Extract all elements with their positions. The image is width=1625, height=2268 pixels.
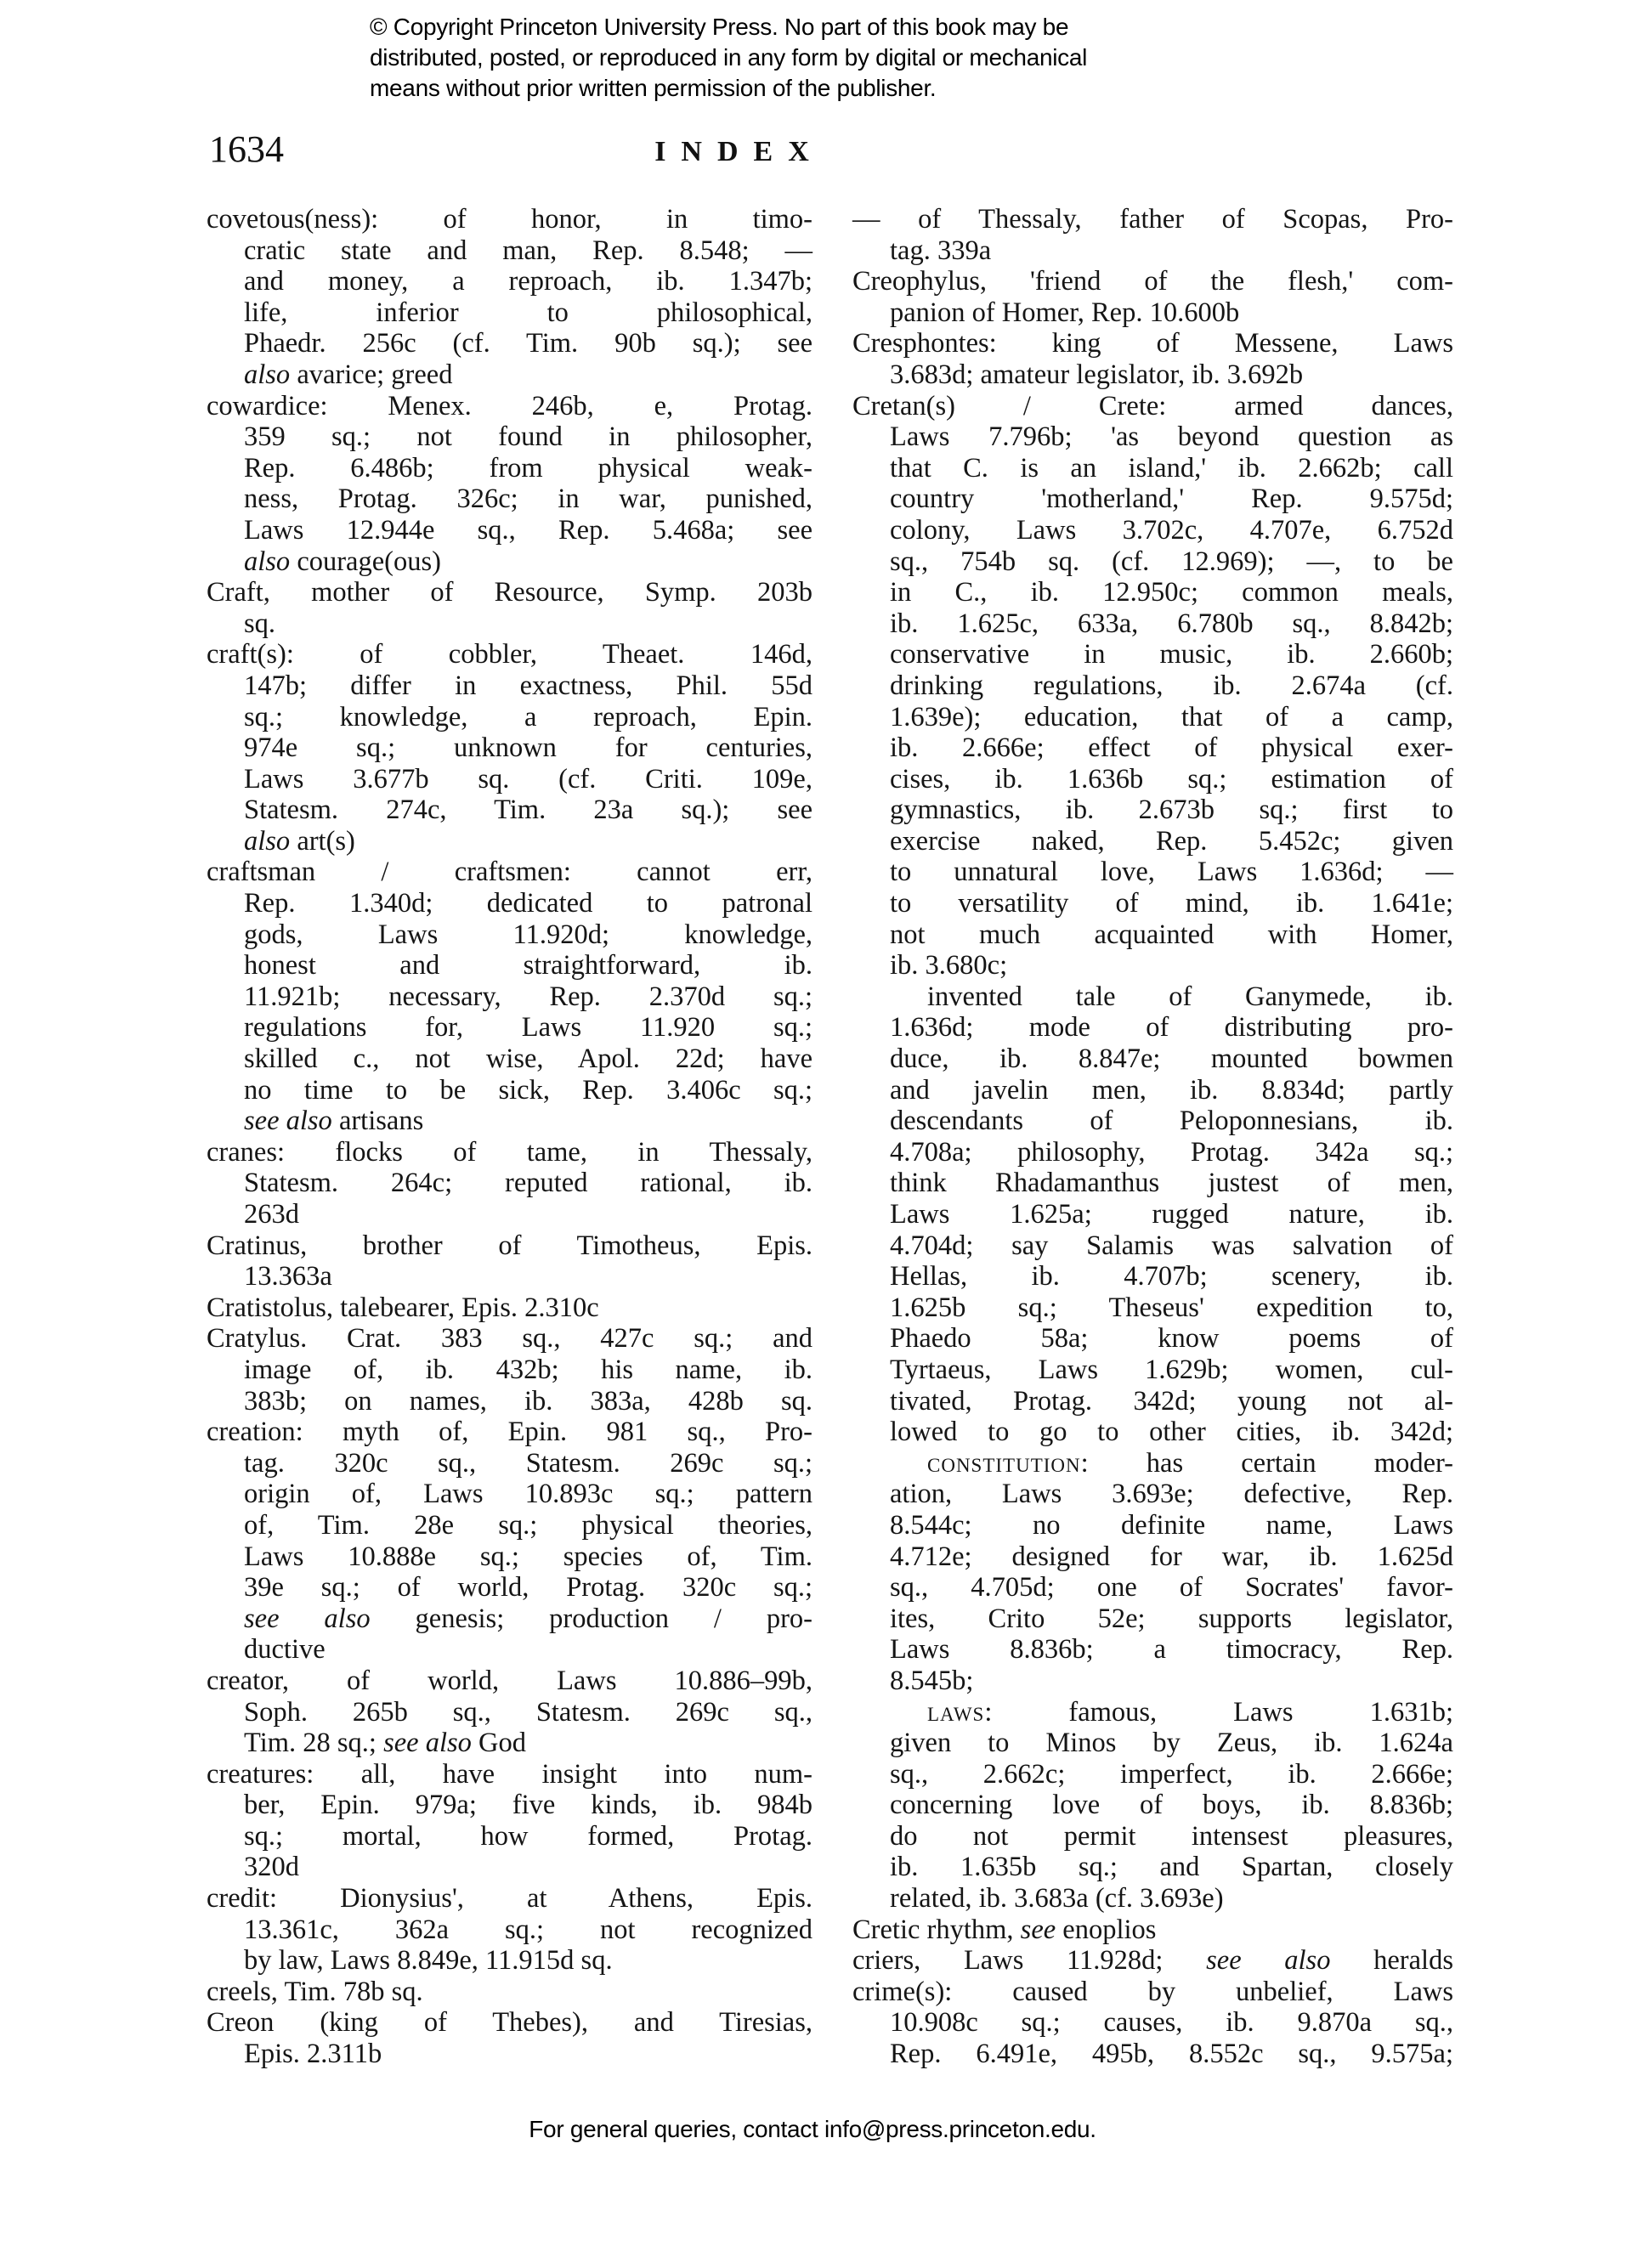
index-entry-line: panion of Homer, Rep. 10.600b	[852, 297, 1453, 329]
index-entry-line: 11.921b; necessary, Rep. 2.370d sq.;	[207, 981, 812, 1013]
index-entry-line: Laws 1.625a; rugged nature, ib.	[852, 1199, 1453, 1230]
index-entry-heading-line: creatures: all, have insight into num-	[207, 1759, 812, 1790]
index-entry-line: ib. 2.666e; effect of physical exer-	[852, 732, 1453, 764]
index-entry-line: country 'motherland,' Rep. 9.575d;	[852, 484, 1453, 515]
cross-reference-label: also	[244, 826, 290, 857]
index-entry-line: 8.544c; no definite name, Laws	[852, 1510, 1453, 1541]
index-entry-heading-line: Cresphontes: king of Messene, Laws	[852, 328, 1453, 359]
index-entry-line: given to Minos by Zeus, ib. 1.624a	[852, 1728, 1453, 1759]
index-entry-line: sq., 2.662c; imperfect, ib. 2.666e;	[852, 1759, 1453, 1790]
index-entry-line: invented tale of Ganymede, ib.	[852, 981, 1453, 1013]
index-entry-line: think Rhadamanthus justest of men,	[852, 1168, 1453, 1199]
index-entry-line: tag. 339a	[852, 235, 1453, 267]
index-entry-line: Rep. 6.491e, 495b, 8.552c sq., 9.575a;	[852, 2039, 1453, 2070]
cross-reference-label: also	[244, 546, 290, 577]
index-entry-line: Statesm. 274c, Tim. 23a sq.); see	[207, 795, 812, 826]
subheading-label: constitution	[927, 1448, 1081, 1479]
index-entry-line: by law, Laws 8.849e, 11.915d sq.	[207, 1945, 812, 1977]
index-entry-line: ib. 3.680c;	[852, 950, 1453, 981]
index-entry-line: 10.908c sq.; causes, ib. 9.870a sq.,	[852, 2007, 1453, 2039]
index-entry-heading-line: Craft, mother of Resource, Symp. 203b	[207, 577, 812, 608]
index-entry-line: 263d	[207, 1199, 812, 1230]
index-entry-heading-line: covetous(ness): of honor, in timo-	[207, 204, 812, 235]
index-entry-line: 147b; differ in exactness, Phil. 55d	[207, 670, 812, 702]
cross-reference-label: see also	[383, 1728, 472, 1758]
index-entry-line: that C. is an island,' ib. 2.662b; call	[852, 453, 1453, 484]
index-entry-line: and javelin men, ib. 8.834d; partly	[852, 1075, 1453, 1106]
index-entry-line: 4.708a; philosophy, Protag. 342a sq.;	[852, 1137, 1453, 1168]
index-entry-line: gods, Laws 11.920d; knowledge,	[207, 919, 812, 951]
index-entry-heading-line: craftsman / craftsmen: cannot err,	[207, 857, 812, 888]
cross-reference-label: see	[1021, 1915, 1056, 1945]
running-head: INDEX	[527, 136, 952, 168]
index-entry-line: honest and straightforward, ib.	[207, 950, 812, 981]
index-column-left: covetous(ness): of honor, in timo-cratic…	[207, 204, 812, 2070]
index-entry-line: also courage(ous)	[207, 546, 812, 578]
copyright-notice: © Copyright Princeton University Press. …	[370, 12, 1220, 104]
index-entry-heading-line: credit: Dionysius', at Athens, Epis.	[207, 1883, 812, 1915]
index-entry-line: sq.; mortal, how formed, Protag.	[207, 1821, 812, 1852]
index-entry-line: ber, Epin. 979a; five kinds, ib. 984b	[207, 1790, 812, 1821]
index-entry-line: Phaedo 58a; know poems of	[852, 1323, 1453, 1355]
index-entry-line: 13.363a	[207, 1261, 812, 1292]
index-entry-line: life, inferior to philosophical,	[207, 297, 812, 329]
index-entry-line: 1.625b sq.; Theseus' expedition to,	[852, 1292, 1453, 1324]
index-entry-line: related, ib. 3.683a (cf. 3.693e)	[852, 1883, 1453, 1915]
index-entry-heading-line: craft(s): of cobbler, Theaet. 146d,	[207, 639, 812, 670]
index-entry-line: image of, ib. 432b; his name, ib.	[207, 1355, 812, 1386]
index-entry-line: Laws 12.944e sq., Rep. 5.468a; see	[207, 515, 812, 546]
index-entry-line: see also artisans	[207, 1106, 812, 1137]
index-entry-heading-line: Creophylus, 'friend of the flesh,' com-	[852, 266, 1453, 297]
index-entry-line: 1.636d; mode of distributing pro-	[852, 1012, 1453, 1044]
index-entry-line: tag. 320c sq., Statesm. 269c sq.;	[207, 1448, 812, 1479]
index-entry-line: no time to be sick, Rep. 3.406c sq.;	[207, 1075, 812, 1106]
index-entry-line: Laws 3.677b sq. (cf. Criti. 109e,	[207, 764, 812, 795]
index-entry-line: Tim. 28 sq.; see also God	[207, 1728, 812, 1759]
index-entry-line: to unnatural love, Laws 1.636d; —	[852, 857, 1453, 888]
index-entry-line: also avarice; greed	[207, 359, 812, 391]
index-entry-line: of, Tim. 28e sq.; physical theories,	[207, 1510, 812, 1541]
index-entry-line: Tyrtaeus, Laws 1.629b; women, cul-	[852, 1355, 1453, 1386]
index-entry-line: sq.	[207, 608, 812, 640]
index-entry-line: drinking regulations, ib. 2.674a (cf.	[852, 670, 1453, 702]
index-entry-line: cises, ib. 1.636b sq.; estimation of	[852, 764, 1453, 795]
footer-contact: For general queries, contact info@press.…	[0, 2116, 1625, 2143]
index-entry-line: skilled c., not wise, Apol. 22d; have	[207, 1044, 812, 1075]
index-entry-line: 39e sq.; of world, Protag. 320c sq.;	[207, 1572, 812, 1603]
index-entry-heading-line: creels, Tim. 78b sq.	[207, 1977, 812, 2008]
subheading-label: laws	[927, 1697, 984, 1728]
index-entry-line: also art(s)	[207, 826, 812, 857]
copyright-line: distributed, posted, or reproduced in an…	[370, 42, 1220, 73]
index-entry-line: 383b; on names, ib. 383a, 428b sq.	[207, 1386, 812, 1417]
index-entry-line: gymnastics, ib. 2.673b sq.; first to	[852, 795, 1453, 826]
index-entry-line: in C., ib. 12.950c; common meals,	[852, 577, 1453, 608]
cross-reference-label: see also	[244, 1106, 332, 1136]
index-entry-heading-line: Cratylus. Crat. 383 sq., 427c sq.; and	[207, 1323, 812, 1355]
index-entry-line: origin of, Laws 10.893c sq.; pattern	[207, 1479, 812, 1510]
index-entry-line: concerning love of boys, ib. 8.836b;	[852, 1790, 1453, 1821]
index-entry-line: descendants of Peloponnesians, ib.	[852, 1106, 1453, 1137]
index-entry-heading-line: creation: myth of, Epin. 981 sq., Pro-	[207, 1417, 812, 1448]
index-entry-line: 13.361c, 362a sq.; not recognized	[207, 1915, 812, 1946]
index-entry-line: Soph. 265b sq., Statesm. 269c sq.,	[207, 1697, 812, 1728]
index-entry-line: Laws 10.888e sq.; species of, Tim.	[207, 1541, 812, 1573]
index-column-right: — of Thessaly, father of Scopas, Pro-tag…	[852, 204, 1453, 2070]
index-entry-line: sq., 754b sq. (cf. 12.969); —, to be	[852, 546, 1453, 578]
index-entry-line: 1.639e); education, that of a camp,	[852, 702, 1453, 733]
index-entry-heading-line: Cratistolus, talebearer, Epis. 2.310c	[207, 1292, 812, 1324]
copyright-line: means without prior written permission o…	[370, 73, 1220, 104]
index-entry-heading-line: Cratinus, brother of Timotheus, Epis.	[207, 1230, 812, 1262]
index-entry-line: Rep. 6.486b; from physical weak-	[207, 453, 812, 484]
index-entry-line: 3.683d; amateur legislator, ib. 3.692b	[852, 359, 1453, 391]
index-entry-heading-line: crime(s): caused by unbelief, Laws	[852, 1977, 1453, 2008]
index-entry-heading-line: Cretan(s) / Crete: armed dances,	[852, 391, 1453, 422]
index-entry-heading-line: criers, Laws 11.928d; see also heralds	[852, 1945, 1453, 1977]
cross-reference-label: see also	[244, 1603, 371, 1634]
index-entry-line: lowed to go to other cities, ib. 342d;	[852, 1417, 1453, 1448]
index-entry-line: 974e sq.; unknown for centuries,	[207, 732, 812, 764]
page-number: 1634	[209, 127, 284, 171]
index-entry-line: not much acquainted with Homer,	[852, 919, 1453, 951]
index-entry-line: Epis. 2.311b	[207, 2039, 812, 2070]
index-entry-line: ductive	[207, 1634, 812, 1666]
cross-reference-label: also	[244, 359, 290, 390]
index-entry-line: and money, a reproach, ib. 1.347b;	[207, 266, 812, 297]
index-entry-line: 8.545b;	[852, 1666, 1453, 1697]
index-entry-line: constitution: has certain moder-	[852, 1448, 1453, 1479]
index-entry-line: 4.712e; designed for war, ib. 1.625d	[852, 1541, 1453, 1573]
index-entry-line: colony, Laws 3.702c, 4.707e, 6.752d	[852, 515, 1453, 546]
index-entry-heading-line: cranes: flocks of tame, in Thessaly,	[207, 1137, 812, 1168]
index-entry-line: regulations for, Laws 11.920 sq.;	[207, 1012, 812, 1044]
index-entry-line: ation, Laws 3.693e; defective, Rep.	[852, 1479, 1453, 1510]
index-entry-line: do not permit intensest pleasures,	[852, 1821, 1453, 1852]
index-entry-line: ib. 1.635b sq.; and Spartan, closely	[852, 1852, 1453, 1883]
index-entry-line: Laws 8.836b; a timocracy, Rep.	[852, 1634, 1453, 1666]
index-entry-line: Hellas, ib. 4.707b; scenery, ib.	[852, 1261, 1453, 1292]
index-entry-heading-line: creator, of world, Laws 10.886–99b,	[207, 1666, 812, 1697]
index-entry-line: sq.; knowledge, a reproach, Epin.	[207, 702, 812, 733]
index-entry-heading-line: cowardice: Menex. 246b, e, Protag.	[207, 391, 812, 422]
index-entry-line: ites, Crito 52e; supports legislator,	[852, 1603, 1453, 1635]
index-entry-line: cratic state and man, Rep. 8.548; —	[207, 235, 812, 267]
index-entry-line: Phaedr. 256c (cf. Tim. 90b sq.); see	[207, 328, 812, 359]
index-entry-heading-line: Cretic rhythm, see enoplios	[852, 1915, 1453, 1946]
cross-reference-label: see also	[1206, 1945, 1330, 1976]
index-entry-line: to versatility of mind, ib. 1.641e;	[852, 888, 1453, 919]
copyright-line: © Copyright Princeton University Press. …	[370, 12, 1220, 42]
index-entry-heading-line: Creon (king of Thebes), and Tiresias,	[207, 2007, 812, 2039]
index-entry-line: 4.704d; say Salamis was salvation of	[852, 1230, 1453, 1262]
index-entry-line: Laws 7.796b; 'as beyond question as	[852, 421, 1453, 453]
index-entry-line: exercise naked, Rep. 5.452c; given	[852, 826, 1453, 857]
index-entry-line: ness, Protag. 326c; in war, punished,	[207, 484, 812, 515]
index-entry-line: duce, ib. 8.847e; mounted bowmen	[852, 1044, 1453, 1075]
index-entry-line: Rep. 1.340d; dedicated to patronal	[207, 888, 812, 919]
index-entry-line: tivated, Protag. 342d; young not al-	[852, 1386, 1453, 1417]
index-entry-line: sq., 4.705d; one of Socrates' favor-	[852, 1572, 1453, 1603]
index-entry-line: 359 sq.; not found in philosopher,	[207, 421, 812, 453]
index-entry-line: ib. 1.625c, 633a, 6.780b sq., 8.842b;	[852, 608, 1453, 640]
index-entry-line: Statesm. 264c; reputed rational, ib.	[207, 1168, 812, 1199]
index-entry-line: 320d	[207, 1852, 812, 1883]
index-entry-line: laws: famous, Laws 1.631b;	[852, 1697, 1453, 1728]
index-entry-line: see also genesis; production / pro-	[207, 1603, 812, 1635]
index-entry-heading-line: — of Thessaly, father of Scopas, Pro-	[852, 204, 1453, 235]
index-entry-line: conservative in music, ib. 2.660b;	[852, 639, 1453, 670]
